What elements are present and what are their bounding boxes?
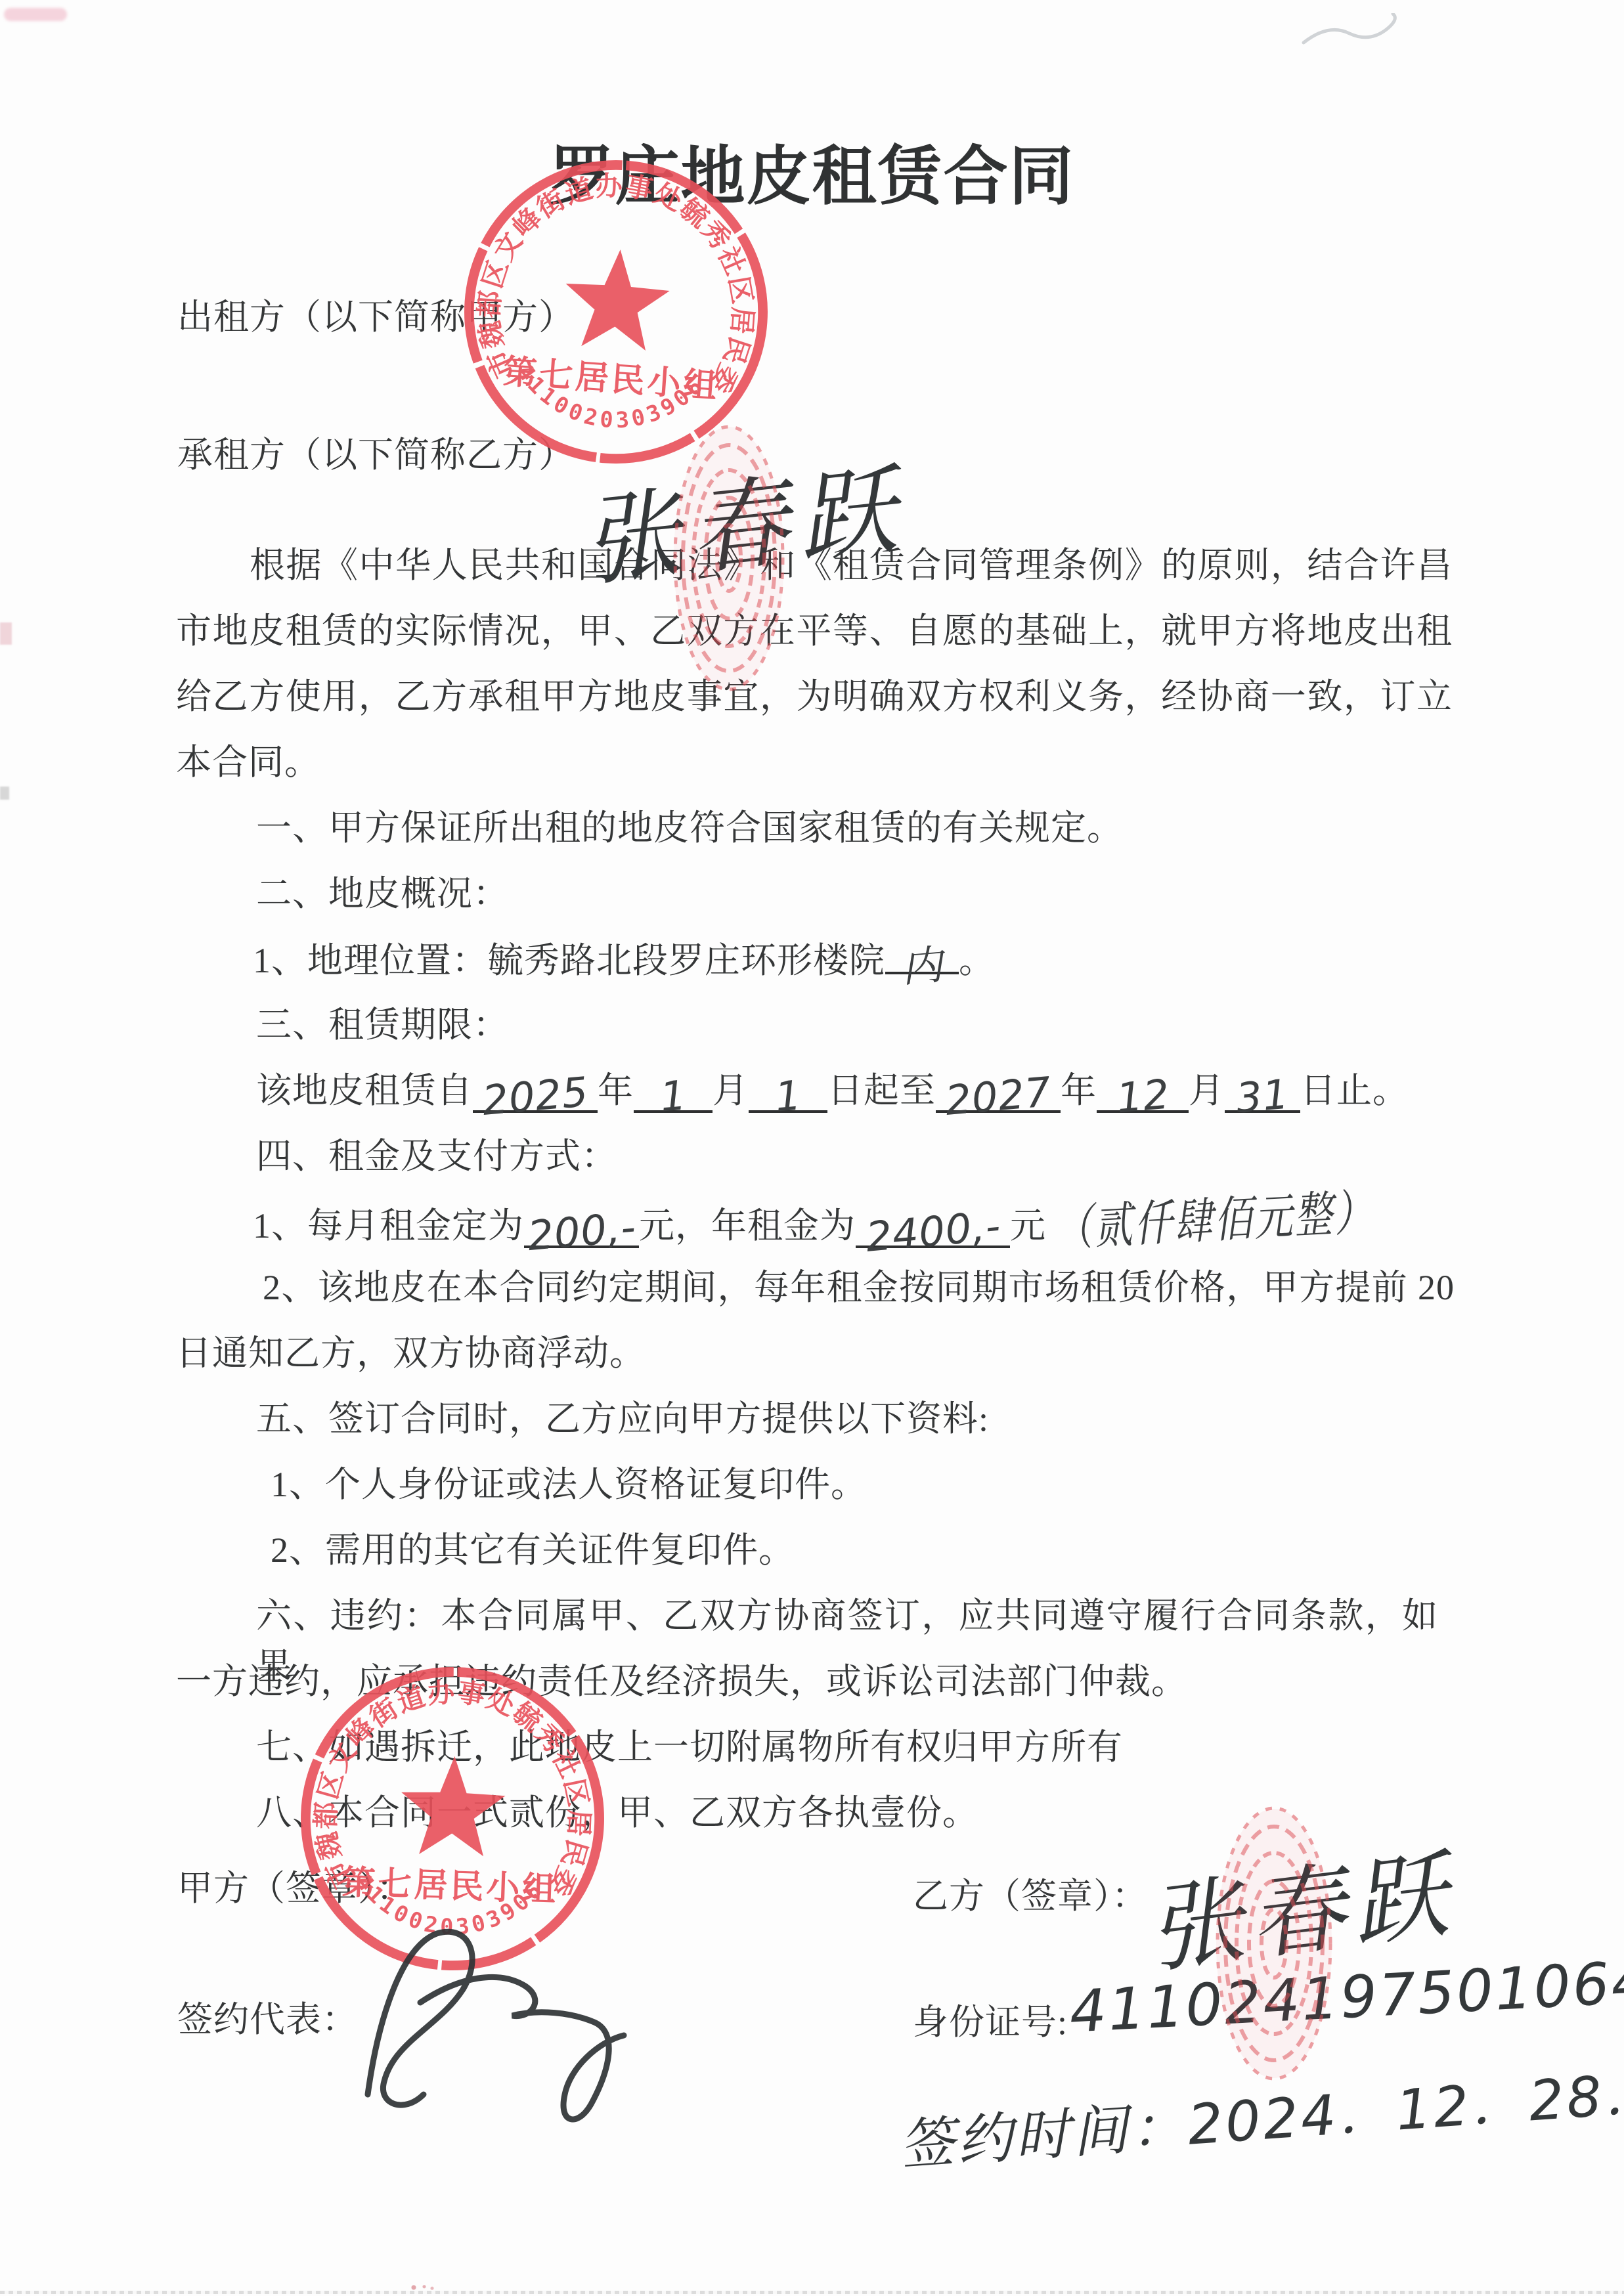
month-label-1: 月 <box>713 1071 749 1110</box>
handwritten-yearly-rent: 2400,- <box>864 1202 1002 1261</box>
seal-star-icon <box>561 246 672 353</box>
start-day-blank: 1 <box>749 1070 827 1113</box>
yearly-rent-blank: 2400,- <box>856 1205 1010 1248</box>
clause-4-2b: 日通知乙方，双方协商浮动。 <box>176 1325 646 1375</box>
intro-line-4: 本合同。 <box>176 734 320 785</box>
pencil-mark-top-right <box>1297 13 1415 59</box>
contract-title: 罗庄地皮租赁合同 <box>53 125 1571 217</box>
scanner-edge-line <box>0 2291 1624 2294</box>
intro-line-3: 给乙方使用，乙方承租甲方地皮事宜，为明确双方权利义务，经协商一致，订立 <box>176 668 1453 719</box>
clause-5: 五、签订合同时，乙方应向甲方提供以下资料: <box>256 1391 989 1441</box>
handwritten-start-month: 1 <box>658 1071 689 1121</box>
handwritten-monthly-rent: 200,- <box>525 1203 638 1260</box>
clause-5-2: 2、需用的其它有关证件复印件。 <box>271 1522 795 1572</box>
id-label: 身份证号: <box>913 1994 1068 2045</box>
seal-star-icon <box>399 1754 507 1857</box>
term-line: 该地皮租赁自2025年1月1日起至2027年12月31日止。 <box>256 1062 1409 1113</box>
sign-time-label: 签约时间： <box>897 2093 1190 2177</box>
rent-mid: 元，年租金为 <box>639 1206 856 1245</box>
location-period: 。 <box>959 941 995 980</box>
month-label-2: 月 <box>1189 1071 1225 1110</box>
clause-4: 四、租金及支付方式： <box>256 1128 617 1179</box>
scan-mark-left-lower <box>0 787 9 800</box>
year-label-1: 年 <box>598 1071 634 1110</box>
clause-2-1-location: 1、地理位置：毓秀路北段罗庄环形楼院内。 <box>253 931 995 983</box>
year-label-2: 年 <box>1061 1071 1097 1110</box>
monthly-rent-blank: 200,- <box>524 1205 639 1248</box>
scan-smudge-top-left <box>4 8 67 21</box>
end-month-blank: 12 <box>1097 1070 1189 1113</box>
handwritten-end-month: 12 <box>1114 1070 1172 1123</box>
start-month-blank: 1 <box>634 1070 713 1113</box>
clause-5-1: 1、个人身份证或法人资格证复印件。 <box>271 1456 867 1507</box>
term-prefix: 该地皮租赁自 <box>256 1071 473 1110</box>
scanned-contract-page: 罗庄地皮租赁合同 出租方（以下简称甲方） 承租方（以下简称乙方） 根据《中华人民… <box>0 0 1624 2296</box>
rent-unit: 元 <box>1010 1206 1046 1245</box>
clause-4-2a: 2、该地皮在本合同约定期间，每年租金按同期市场租赁价格，甲方提前 20 <box>263 1259 1455 1310</box>
start-year-blank: 2025 <box>473 1070 598 1113</box>
clause-2: 二、地皮概况： <box>256 865 509 916</box>
fingerprint-bottom <box>1212 1802 1336 2085</box>
party-b-sign-label: 乙方（签章）： <box>913 1868 1148 1918</box>
location-label: 1、地理位置：毓秀路北段罗庄环形楼院 <box>253 941 885 980</box>
intro-line-2: 市地皮租赁的实际情况，甲、乙双方在平等、自愿的基础上，就甲方将地皮出租 <box>176 603 1453 653</box>
rent-line: 1、每月租金定为200,-元，年租金为2400,-元（贰仟肆佰元整） <box>253 1194 1374 1249</box>
end-day-blank: 31 <box>1225 1070 1300 1113</box>
scan-mark-left-upper <box>0 622 12 645</box>
end-year-blank: 2027 <box>936 1070 1061 1113</box>
handwritten-end-year: 2027 <box>944 1068 1054 1125</box>
clause-1: 一、甲方保证所出租的地皮符合国家租赁的有关规定。 <box>256 800 1123 850</box>
location-blank: 内 <box>885 931 959 974</box>
term-suffix: 日止。 <box>1300 1071 1409 1110</box>
handwritten-rent-note: （贰仟肆佰元整） <box>1052 1173 1376 1260</box>
red-ink-dots <box>408 2284 435 2291</box>
handwritten-start-day: 1 <box>773 1071 804 1121</box>
clause-3: 三、租赁期限： <box>256 997 509 1047</box>
fingerprint-top <box>670 420 788 696</box>
rent-prefix: 1、每月租金定为 <box>253 1206 524 1245</box>
handwritten-end-day: 31 <box>1234 1070 1291 1123</box>
handwritten-location-fill: 内 <box>899 932 946 993</box>
rep-signature-scribble <box>309 1897 676 2147</box>
term-mid: 日起至 <box>827 1071 936 1110</box>
handwritten-start-year: 2025 <box>481 1068 591 1125</box>
